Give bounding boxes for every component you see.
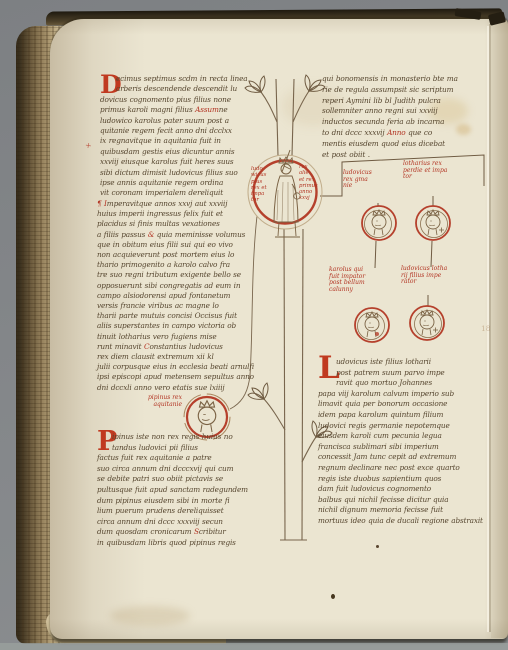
label-karolus-imperator: karolus quifuit impatorpost bellumcalunn… <box>329 267 377 294</box>
paragraph-lines: ¶ Imperavitque annos xxvj aut xxviijhuiu… <box>97 199 261 393</box>
folio-number: 18 <box>481 324 491 333</box>
paragraph-lines: udovicus iste filius lothariipost patrem… <box>318 357 492 527</box>
roundel-lotharius <box>416 206 450 240</box>
photo-background: + <box>0 0 508 650</box>
label-lotharius-rex: lotharius rexperdie et impator <box>403 161 457 181</box>
roundel-ludovicus-germanie <box>362 206 396 240</box>
rubricated-initial-L: L <box>318 357 336 380</box>
latin-paragraph-imperavit: ¶ Imperavitque annos xxvj aut xxviijhuiu… <box>97 199 261 393</box>
paragraph-lines: qui bonomensis in monasterio bte marie d… <box>322 74 494 160</box>
paragraph-lines: ecimus septimus scdm in recta lineaarber… <box>100 74 262 199</box>
roundel-karolus <box>355 308 389 342</box>
rubricated-initial-D: D <box>100 75 116 94</box>
central-roundel-caption-left: ludowicuspiusrex etimpator <box>251 166 273 204</box>
central-roundel-caption-right: rexalieet rexprimusannoxxvj <box>299 164 321 202</box>
roundel-ludovicus-lotharii <box>410 306 444 340</box>
label-pipinus-rex-aquitanie: pipinus rexaquitanie <box>142 395 182 408</box>
latin-paragraph-pipinus: P ipinus iste non rex regis huius notand… <box>97 432 261 549</box>
latin-paragraph-ludovicus: L udovicus iste filius lothariipost patr… <box>318 357 492 527</box>
rubricated-initial-P: P <box>97 432 112 452</box>
latin-paragraph-decimus: D ecimus septimus scdm in recta lineaarb… <box>100 74 262 199</box>
label-ludovicus-lotharii-filius: ludovicus lotharij filius imperator <box>401 266 455 286</box>
latin-paragraph-qui-bonomensis: qui bonomensis in monasterio bte marie d… <box>322 74 494 160</box>
paragraph-lines: ipinus iste non rex regis huius notandus… <box>97 432 261 549</box>
label-ludovicus-rex-germanie: ludovicusrex gmanie <box>343 170 381 190</box>
gutter-fold-band <box>491 20 508 638</box>
